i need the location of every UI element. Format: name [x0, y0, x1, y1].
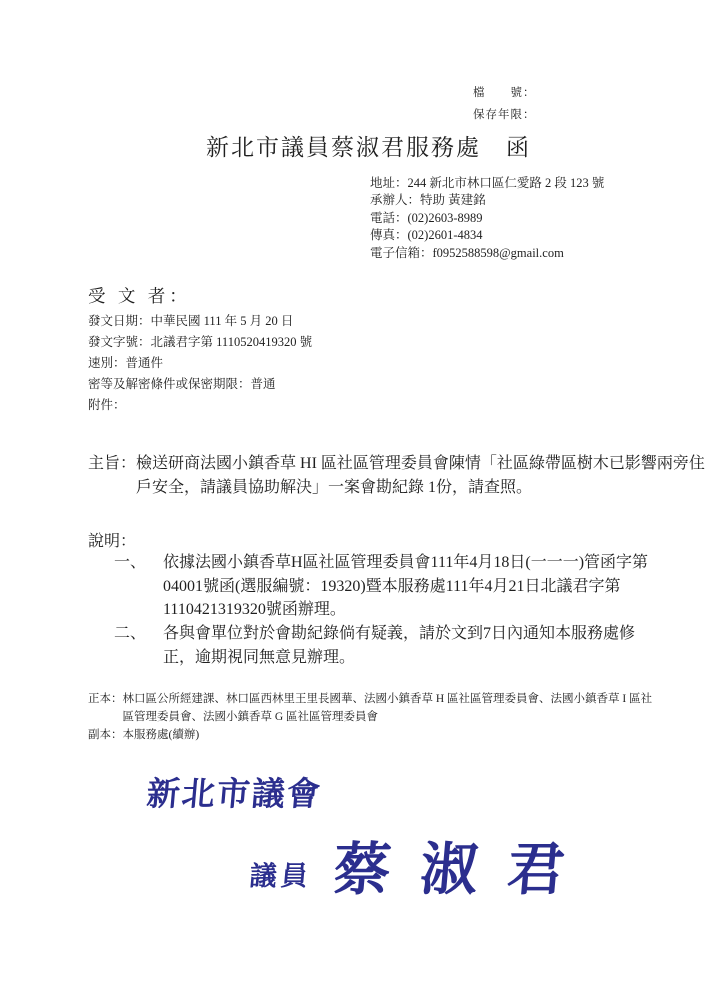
contact-address: 地址：244 新北市林口區仁愛路 2 段 123 號	[370, 175, 604, 192]
description-label: 說明：	[88, 528, 136, 551]
contact-fax: 傳真：(02)2601-4834	[370, 227, 604, 244]
delivery-speed-line: 速別：普通件	[88, 353, 312, 374]
copy-recipients: 本服務處(續辦)	[123, 726, 654, 744]
item-text: 依據法國小鎮香草H區社區管理委員會111年4月18日(一一一)管函字第04001…	[163, 551, 664, 622]
original-recipients-row: 正本： 林口區公所經建課、林口區西林里王里長國華、法國小鎮香草 H 區社區管理委…	[88, 690, 653, 726]
file-number-label: 檔 號：	[473, 82, 536, 104]
distribution-block: 正本： 林口區公所經建課、林口區西林里王里長國華、法國小鎮香草 H 區社區管理委…	[88, 690, 653, 744]
contact-phone: 電話：(02)2603-8989	[370, 210, 604, 227]
signature-role: 議員	[248, 854, 313, 893]
original-label: 正本：	[88, 690, 123, 726]
original-recipients: 林口區公所經建課、林口區西林里王里長國華、法國小鎮香草 H 區社區管理委員會、法…	[123, 690, 654, 726]
contact-block: 地址：244 新北市林口區仁愛路 2 段 123 號 承辦人：特助 黃建銘 電話…	[370, 175, 604, 262]
document-title: 新北市議員蔡淑君服務處 函	[30, 129, 707, 162]
contact-email: 電子信箱：f0952588598@gmail.com	[370, 245, 604, 262]
meta-block: 發文日期：中華民國 111 年 5 月 20 日 發文字號：北議君字第 1110…	[88, 311, 312, 416]
item-number: 二、	[114, 622, 163, 669]
item-number: 一、	[114, 551, 163, 622]
retention-period-label: 保存年限：	[473, 104, 536, 126]
security-class-line: 密等及解密條件或保密期限：普通	[88, 374, 312, 395]
contact-person: 承辦人：特助 黃建銘	[370, 192, 604, 209]
subject-paragraph: 主旨：檢送研商法國小鎮香草 HI 區社區管理委員會陳情「社區綠帶區樹木已影響兩旁…	[88, 452, 707, 499]
item-text: 各與會單位對於會勘紀錄倘有疑義，請於文到7日內通知本服務處修正，逾期視同無意見辦…	[163, 622, 664, 669]
copy-label: 副本：	[88, 726, 123, 744]
recipient-label: 受 文 者：	[88, 283, 191, 308]
copy-recipients-row: 副本： 本服務處(續辦)	[88, 726, 653, 744]
signature-councilor-name: 蔡淑君	[330, 824, 598, 906]
description-item: 一、 依據法國小鎮香草H區社區管理委員會111年4月18日(一一一)管函字第04…	[114, 551, 664, 622]
description-items: 一、 依據法國小鎮香草H區社區管理委員會111年4月18日(一一一)管函字第04…	[114, 551, 664, 670]
file-number-block: 檔 號： 保存年限：	[473, 82, 536, 126]
attachment-line: 附件：	[88, 395, 312, 416]
reference-number-line: 發文字號：北議君字第 1110520419320 號	[88, 332, 312, 353]
subject-label: 主旨：	[88, 455, 136, 472]
subject-text: 檢送研商法國小鎮香草 HI 區社區管理委員會陳情「社區綠帶區樹木已影響兩旁住戶安…	[136, 455, 705, 496]
issue-date-line: 發文日期：中華民國 111 年 5 月 20 日	[88, 311, 312, 332]
signature-council-name: 新北市議會	[145, 768, 324, 815]
description-item: 二、 各與會單位對於會勘紀錄倘有疑義，請於文到7日內通知本服務處修正，逾期視同無…	[114, 622, 664, 669]
document-page: 檔 號： 保存年限： 新北市議員蔡淑君服務處 函 地址：244 新北市林口區仁愛…	[0, 0, 707, 1000]
